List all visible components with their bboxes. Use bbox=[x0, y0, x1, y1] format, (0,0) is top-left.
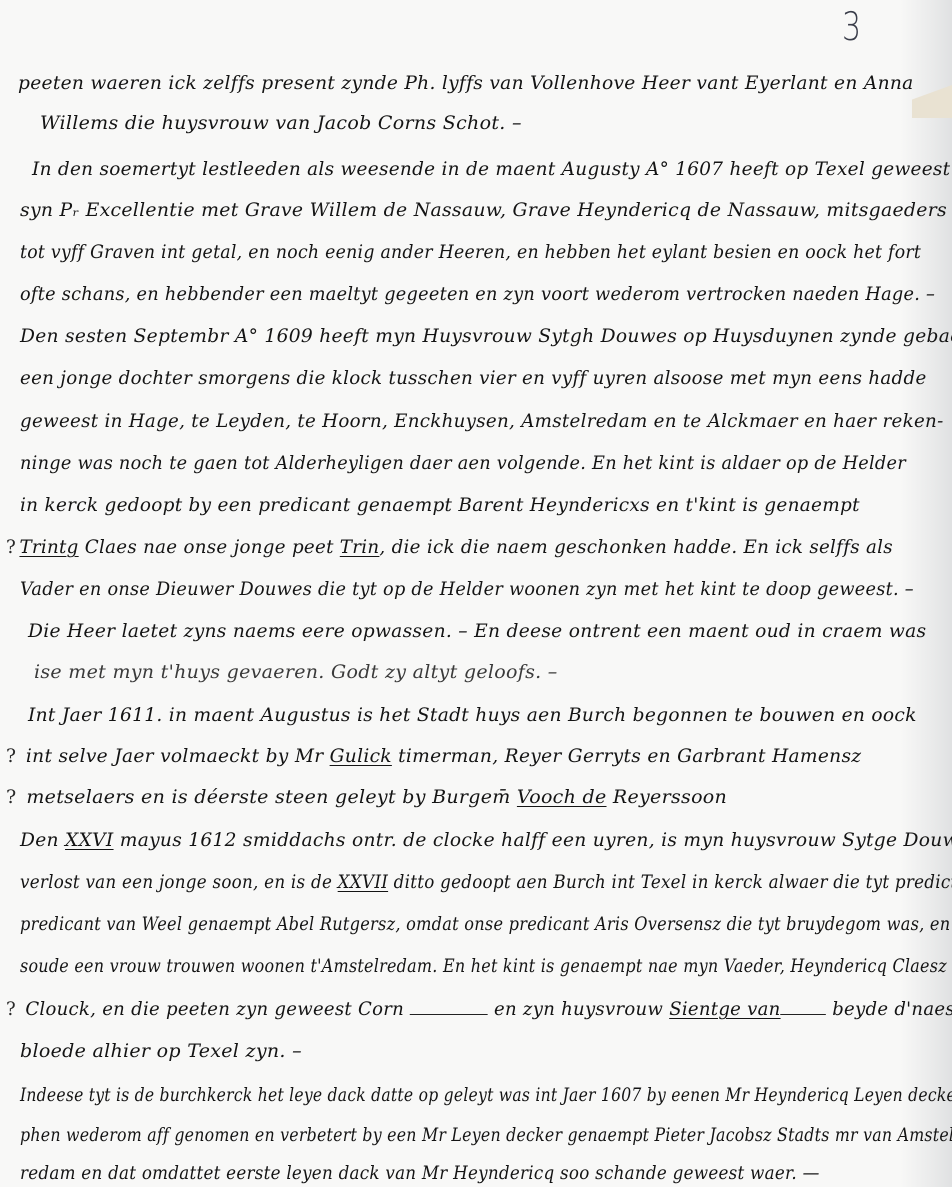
underlined-name: Sientge van bbox=[669, 998, 780, 1020]
manuscript-line: Willems die huysvrouw van Jacob Corns Sc… bbox=[40, 112, 522, 134]
blank-name-line bbox=[410, 1000, 488, 1015]
manuscript-line: peeten waeren ick zelffs present zynde P… bbox=[18, 72, 914, 94]
blank-name-line bbox=[781, 1000, 827, 1015]
manuscript-line: Indeese tyt is de burchkerck het leye da… bbox=[20, 1084, 952, 1106]
manuscript-line: een jonge dochter smorgens die klock tus… bbox=[20, 367, 927, 389]
underlined-name: Trin bbox=[340, 536, 380, 558]
underlined-date: XXVI bbox=[65, 829, 113, 851]
manuscript-line: Den sesten Septembr A° 1609 heeft myn Hu… bbox=[20, 325, 952, 347]
manuscript-page: 3 peeten waeren ick zelffs present zynde… bbox=[0, 0, 952, 1187]
manuscript-line: Int Jaer 1611. in maent Augustus is het … bbox=[28, 704, 917, 726]
underlined-name: Gulick bbox=[330, 745, 392, 767]
manuscript-line: ?Trintg Claes nae onse jonge peet Trin, … bbox=[6, 536, 893, 558]
manuscript-line: Den XXVI mayus 1612 smiddachs ontr. de c… bbox=[20, 829, 952, 851]
manuscript-line: ? int selve Jaer volmaeckt by Mr Gulick … bbox=[6, 745, 861, 767]
margin-question-mark: ? bbox=[6, 786, 20, 808]
manuscript-line: In den soemertyt lestleeden als weesende… bbox=[32, 158, 950, 180]
manuscript-line: geweest in Hage, te Leyden, te Hoorn, En… bbox=[20, 410, 944, 432]
manuscript-line: Die Heer laetet zyns naems eere opwassen… bbox=[28, 620, 926, 642]
manuscript-line: verlost van een jonge soon, en is de XXV… bbox=[20, 871, 952, 893]
manuscript-line: soude een vrouw trouwen woonen t'Amstelr… bbox=[20, 955, 947, 977]
manuscript-line: ? metselaers en is déerste steen geleyt … bbox=[6, 786, 727, 808]
underlined-name: Vooch de bbox=[517, 786, 607, 808]
manuscript-line: tot vyff Graven int getal, en noch eenig… bbox=[20, 241, 921, 263]
manuscript-line: predicant van Weel genaempt Abel Rutgers… bbox=[20, 913, 950, 935]
underlined-name: Trintg bbox=[19, 536, 78, 558]
underlined-date: XXVII bbox=[338, 871, 388, 893]
margin-question-mark: ? bbox=[6, 536, 19, 558]
margin-question-mark: ? bbox=[6, 745, 20, 767]
manuscript-line: ? Clouck, en die peeten zyn geweest Corn… bbox=[6, 998, 952, 1020]
manuscript-line: ninge was noch te gaen tot Alderheyligen… bbox=[20, 452, 906, 474]
torn-corner bbox=[912, 72, 952, 118]
manuscript-line: syn Pᵣ Excellentie met Grave Willem de N… bbox=[20, 199, 947, 221]
manuscript-line: phen wederom aff genomen en verbetert by… bbox=[20, 1124, 952, 1146]
manuscript-line: ise met myn t'huys gevaeren. Godt zy alt… bbox=[34, 661, 558, 683]
manuscript-line: bloede alhier op Texel zyn. – bbox=[20, 1040, 302, 1062]
manuscript-line: in kerck gedoopt by een predicant genaem… bbox=[20, 494, 860, 516]
manuscript-line: Vader en onse Dieuwer Douwes die tyt op … bbox=[20, 578, 914, 600]
margin-question-mark: ? bbox=[6, 998, 19, 1020]
manuscript-line: redam en dat omdattet eerste leyen dack … bbox=[20, 1162, 820, 1184]
manuscript-line: ofte schans, en hebbender een maeltyt ge… bbox=[20, 283, 935, 305]
page-number: 3 bbox=[842, 5, 861, 51]
